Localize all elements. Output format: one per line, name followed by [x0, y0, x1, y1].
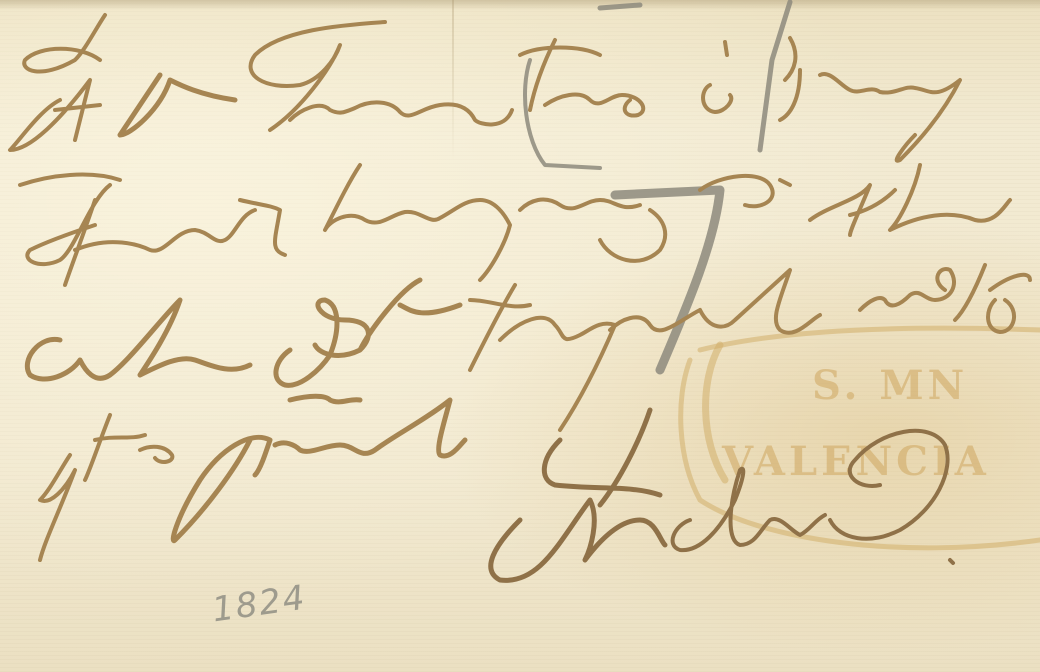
address-line-1: A Dn. Jaime Trió é Yvars: [20, 60, 615, 116]
letter-cover: S. MN VALENCIA A D: [0, 0, 1040, 672]
rate-mark-text: 7: [640, 180, 755, 389]
address-line-4: qto. pral.: [40, 420, 261, 476]
address-line-3: caba de Sn. Miguel nº 18: [20, 310, 634, 366]
destination-city: Madrid.: [500, 500, 741, 570]
address-line-2: Agente de negocios &c. de la: [20, 200, 731, 256]
